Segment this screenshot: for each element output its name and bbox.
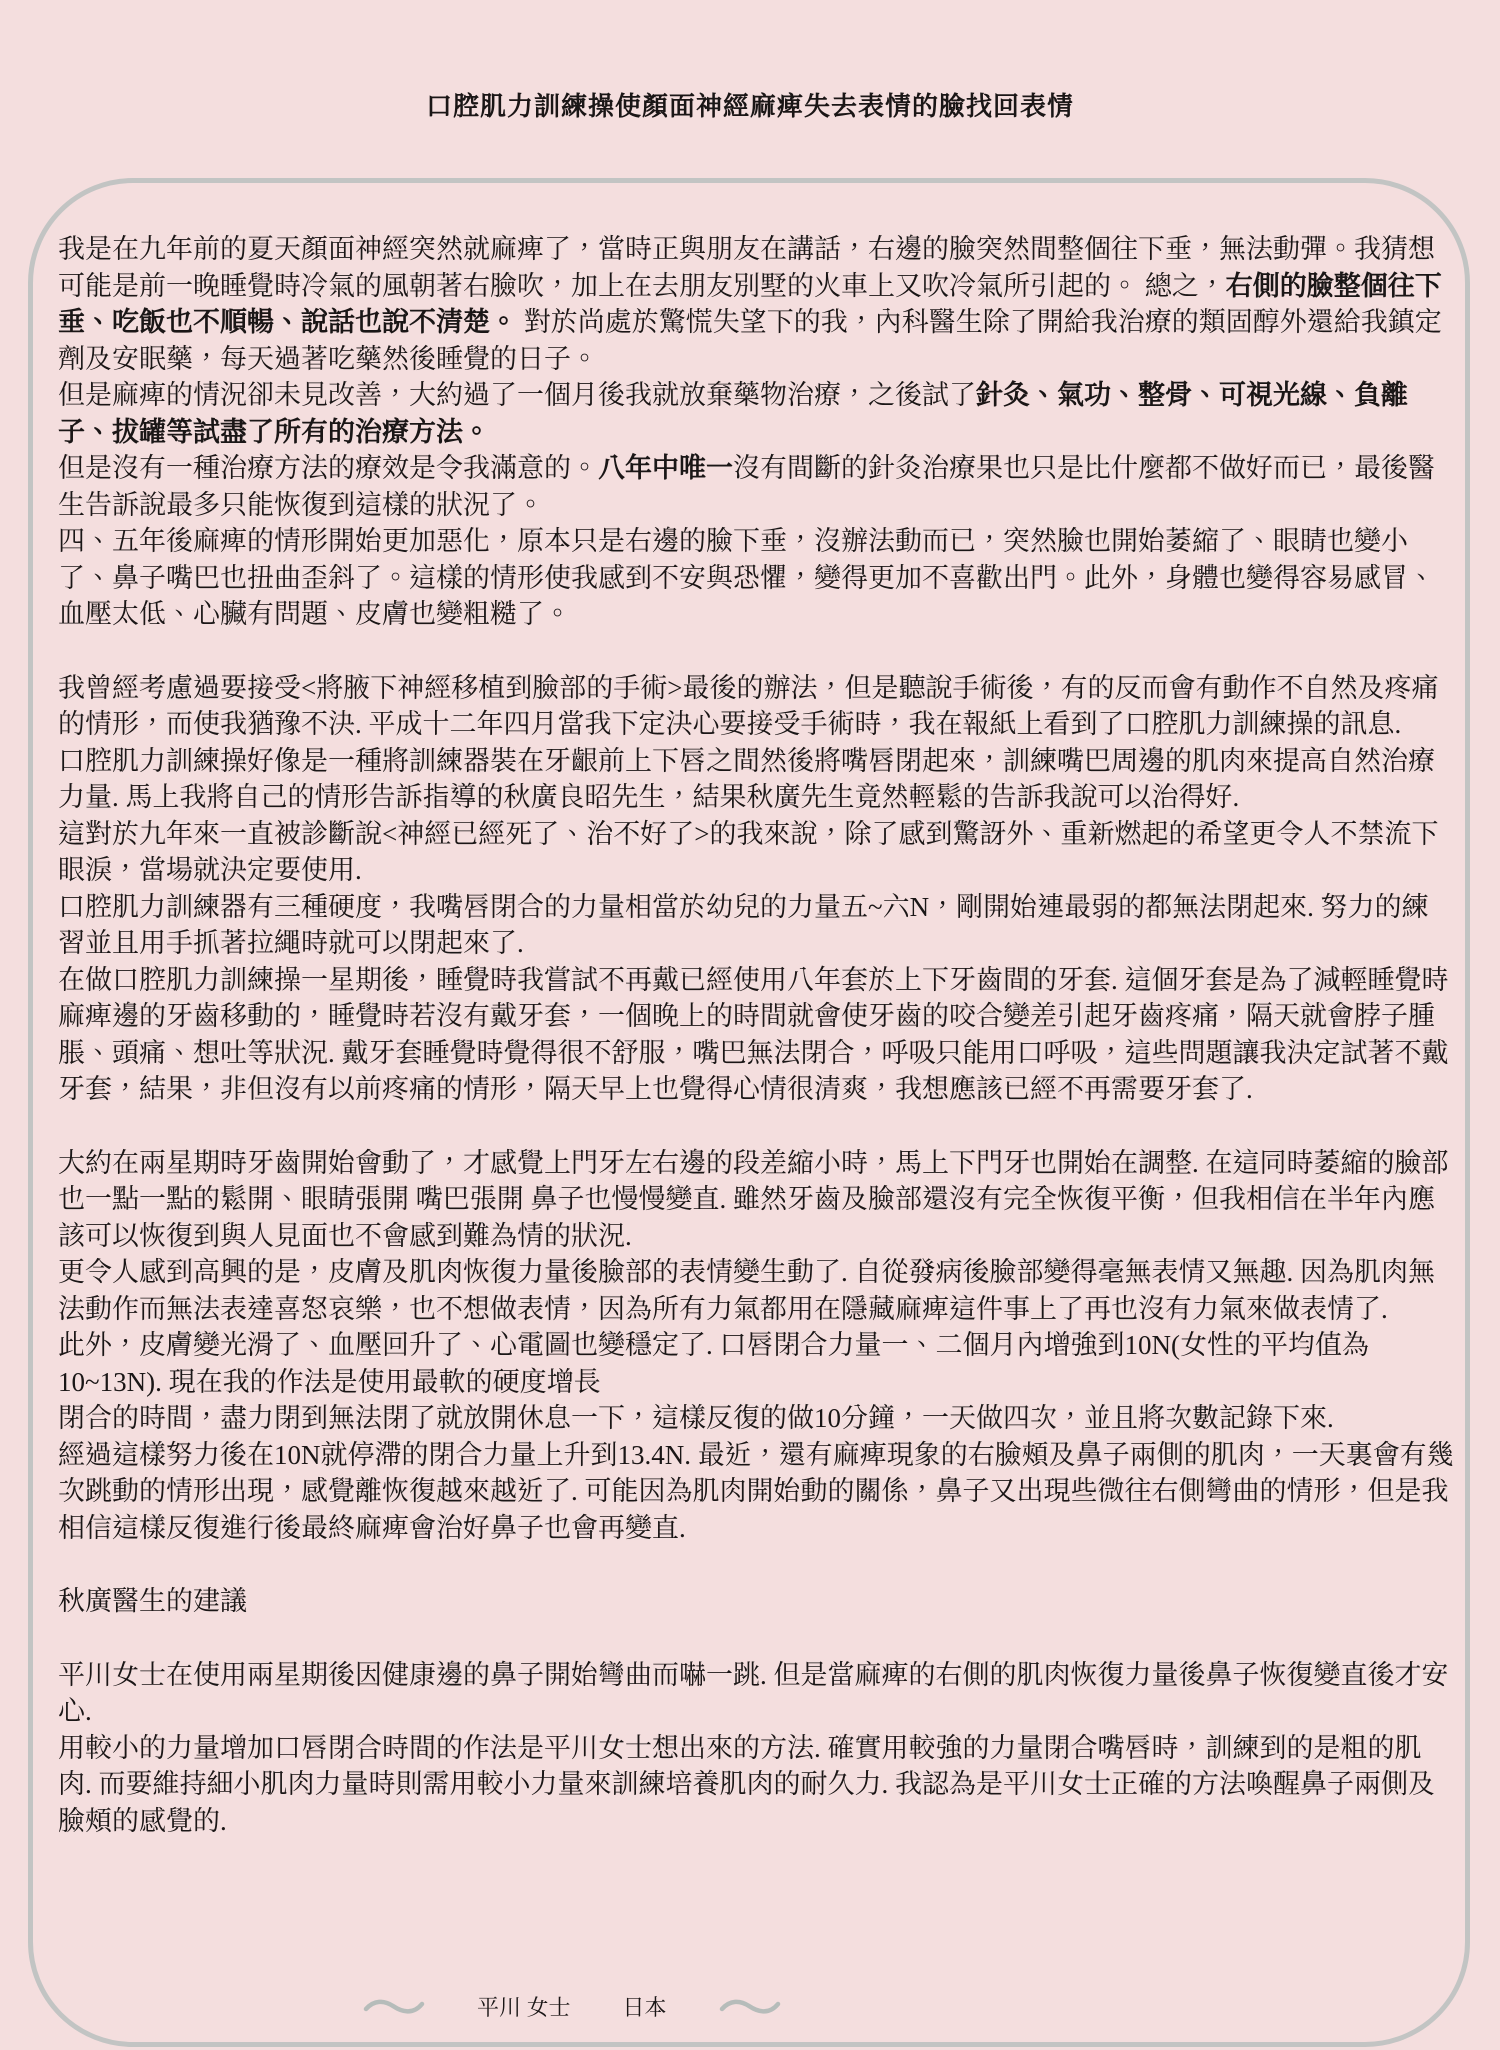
paragraph: 我曾經考慮過要接受<將腋下神經移植到臉部的手術>最後的辦法，但是聽說手術後，有的… [58,670,1455,743]
paragraph: 平川女士在使用兩星期後因健康邊的鼻子開始彎曲而嚇一跳. 但是當麻痺的右側的肌肉恢… [58,1657,1455,1730]
paragraph-segment: 此外，皮膚變光滑了、血壓回升了、心電圖也變穩定了. 口唇閉合力量一、二個月內增強… [58,1330,1369,1397]
paragraph-segment: 經過這樣努力後在10N就停滯的閉合力量上升到13.4N. 最近，還有麻痺現象的右… [58,1440,1454,1543]
paragraph: 口腔肌力訓練操好像是一種將訓練器裝在牙齦前上下唇之間然後將嘴唇閉起來，訓練嘴巴周… [58,743,1455,816]
paragraph-segment: 閉合的時間，盡力閉到無法閉了就放開休息一下，這樣反復的做10分鐘，一天做四次，並… [58,1403,1334,1433]
paragraph-segment: 用較小的力量增加口唇閉合時間的作法是平川女士想出來的方法. 確實用較強的力量閉合… [58,1733,1435,1836]
paragraph: 此外，皮膚變光滑了、血壓回升了、心電圖也變穩定了. 口唇閉合力量一、二個月內增強… [58,1327,1455,1400]
document-sheet: 我是在九年前的夏天顏面神經突然就麻痺了，當時正與朋友在講話，右邊的臉突然間整個往… [28,178,1470,2047]
author-country: 日本 [623,1991,667,2022]
author-name: 平川 女士 [477,1991,571,2022]
paragraph: 秋廣醫生的建議 [58,1583,1455,1620]
paragraph-segment: 在做口腔肌力訓練操一星期後，睡覺時我嘗試不再戴已經使用八年套於上下牙齒間的牙套.… [58,965,1449,1105]
signature-row: 平川 女士 日本 [58,1991,1455,2022]
paragraph-segment: 更令人感到高興的是，皮膚及肌肉恢復力量後臉部的表情變生動了. 自從發病後臉部變得… [58,1257,1435,1324]
paragraph-segment: 秋廣醫生的建議 [58,1586,247,1616]
paragraph: 在做口腔肌力訓練操一星期後，睡覺時我嘗試不再戴已經使用八年套於上下牙齒間的牙套.… [58,962,1455,1108]
paragraph: 但是麻痺的情況卻未見改善，大約過了一個月後我就放棄藥物治療，之後試了針灸、氣功、… [58,377,1455,450]
paragraph: 但是沒有一種治療方法的療效是令我滿意的。八年中唯一沒有間斷的針灸治療果也只是比什… [58,450,1455,523]
paragraph: 大約在兩星期時牙齒開始會動了，才感覺上門牙左右邊的段差縮小時，馬上下門牙也開始在… [58,1145,1455,1255]
paragraph-segment: 但是麻痺的情況卻未見改善，大約過了一個月後我就放棄藥物治療，之後試了 [58,380,976,410]
paragraph: 更令人感到高興的是，皮膚及肌肉恢復力量後臉部的表情變生動了. 自從發病後臉部變得… [58,1254,1455,1327]
paragraph-segment: 口腔肌力訓練操好像是一種將訓練器裝在牙齦前上下唇之間然後將嘴唇閉起來，訓練嘴巴周… [58,746,1435,813]
paragraph-segment: 我曾經考慮過要接受<將腋下神經移植到臉部的手術>最後的辦法，但是聽說手術後，有的… [58,673,1438,740]
paragraph: 用較小的力量增加口唇閉合時間的作法是平川女士想出來的方法. 確實用較強的力量閉合… [58,1730,1455,1840]
paragraph: 口腔肌力訓練器有三種硬度，我嘴唇閉合的力量相當於幼兒的力量五~六N，剛開始連最弱… [58,889,1455,962]
paragraph-segment: 口腔肌力訓練器有三種硬度，我嘴唇閉合的力量相當於幼兒的力量五~六N，剛開始連最弱… [58,892,1429,959]
squiggle-icon [363,1998,425,2016]
document-body: 我是在九年前的夏天顏面神經突然就麻痺了，當時正與朋友在講話，右邊的臉突然間整個往… [58,231,1455,1839]
paragraph: 閉合的時間，盡力閉到無法閉了就放開休息一下，這樣反復的做10分鐘，一天做四次，並… [58,1400,1455,1437]
paragraph-segment: 但是沒有一種治療方法的療效是令我滿意的。 [58,453,598,483]
paragraph-segment: 平川女士在使用兩星期後因健康邊的鼻子開始彎曲而嚇一跳. 但是當麻痺的右側的肌肉恢… [58,1660,1449,1727]
paragraph-segment-bold: 八年中唯一 [598,453,733,483]
paragraph-segment: 四、五年後麻痺的情形開始更加惡化，原本只是右邊的臉下垂，沒辦法動而已，突然臉也開… [58,526,1435,629]
paragraph: 我是在九年前的夏天顏面神經突然就麻痺了，當時正與朋友在講話，右邊的臉突然間整個往… [58,231,1455,377]
page-title: 口腔肌力訓練操使顏面神經麻痺失去表情的臉找回表情 [0,0,1500,123]
paragraph-segment: 大約在兩星期時牙齒開始會動了，才感覺上門牙左右邊的段差縮小時，馬上下門牙也開始在… [58,1148,1449,1251]
paragraph-segment: 這對於九年來一直被診斷說<神經已經死了、治不好了>的我來說，除了感到驚訝外、重新… [58,819,1438,886]
paragraph: 四、五年後麻痺的情形開始更加惡化，原本只是右邊的臉下垂，沒辦法動而已，突然臉也開… [58,523,1455,633]
paragraph: 經過這樣努力後在10N就停滯的閉合力量上升到13.4N. 最近，還有麻痺現象的右… [58,1437,1455,1547]
squiggle-icon [719,1998,781,2016]
paragraph: 這對於九年來一直被診斷說<神經已經死了、治不好了>的我來說，除了感到驚訝外、重新… [58,816,1455,889]
